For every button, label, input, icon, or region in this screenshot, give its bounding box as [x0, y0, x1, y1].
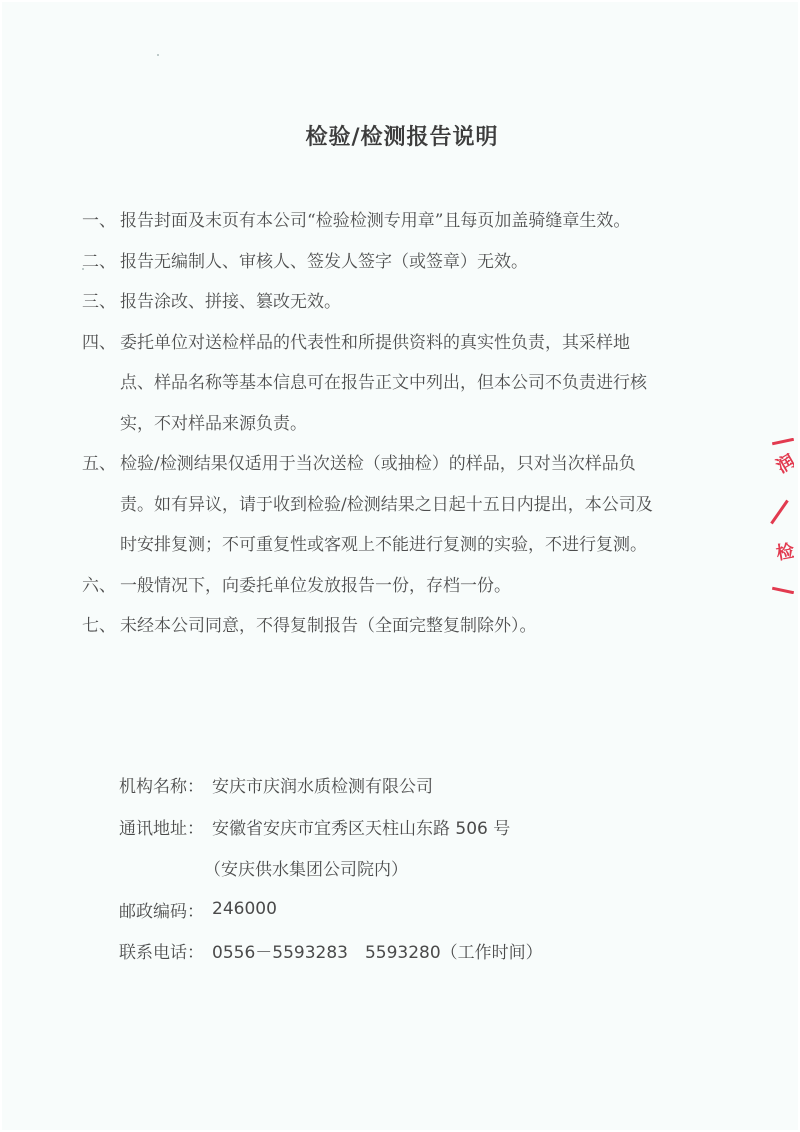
clause-number: 一、 — [82, 201, 120, 242]
clause-4: 四、 委托单位对送检样品的代表性和所提供资料的真实性负责，其采样地 点、样品名称… — [82, 323, 722, 445]
clause-line: 报告涂改、拼接、篡改无效。 — [120, 282, 722, 323]
clause-text: 未经本公司同意，不得复制报告（全面完整复制除外）。 — [120, 606, 722, 647]
stamp-char: 检 — [774, 537, 794, 566]
clause-number: 四、 — [82, 323, 120, 445]
org-name-label: 机构名称： — [119, 772, 212, 797]
clause-number: 二、 — [82, 242, 120, 283]
clause-text: 报告涂改、拼接、篡改无效。 — [120, 282, 722, 323]
org-name-row: 机构名称： 安庆市庆润水质检测有限公司 — [119, 764, 543, 806]
contact-block: 机构名称： 安庆市庆润水质检测有限公司 通讯地址： 安徽省安庆市宜秀区天柱山东路… — [119, 764, 543, 972]
stamp-border-top — [772, 438, 794, 445]
clause-line: 点、样品名称等基本信息可在报告正文中列出，但本公司不负责进行核 — [120, 363, 722, 404]
clause-text: 报告无编制人、审核人、签发人签字（或签章）无效。 — [120, 242, 722, 283]
seam-stamp: 润 检 — [768, 438, 794, 594]
clause-line: 报告封面及末页有本公司“检验检测专用章”且每页加盖骑缝章生效。 — [120, 201, 722, 242]
stamp-char: 润 — [771, 447, 794, 479]
scan-speck — [82, 268, 84, 270]
clause-5: 五、 检验/检测结果仅适用于当次送检（或抽检）的样品，只对当次样品负 责。如有异… — [82, 444, 722, 566]
postal-label: 邮政编码： — [119, 897, 212, 922]
clause-number: 三、 — [82, 282, 120, 323]
clause-line: 委托单位对送检样品的代表性和所提供资料的真实性负责，其采样地 — [120, 323, 722, 364]
clause-text: 一般情况下，向委托单位发放报告一份，存档一份。 — [120, 566, 722, 607]
clause-number: 五、 — [82, 444, 120, 566]
clause-3: 三、 报告涂改、拼接、篡改无效。 — [82, 282, 722, 323]
clause-line: 责。如有异议，请于收到检验/检测结果之日起十五日内提出，本公司及 — [120, 485, 722, 526]
clause-text: 报告封面及末页有本公司“检验检测专用章”且每页加盖骑缝章生效。 — [120, 201, 722, 242]
clause-line: 实，不对样品来源负责。 — [120, 404, 722, 445]
clause-list: 一、 报告封面及末页有本公司“检验检测专用章”且每页加盖骑缝章生效。 二、 报告… — [82, 201, 722, 647]
scan-speck — [157, 54, 159, 56]
address-label: 通讯地址： — [119, 814, 212, 839]
clause-text: 委托单位对送检样品的代表性和所提供资料的真实性负责，其采样地 点、样品名称等基本… — [120, 323, 722, 445]
phone-value: 0556－5593283 5593280（工作时间） — [212, 938, 543, 963]
clause-1: 一、 报告封面及末页有本公司“检验检测专用章”且每页加盖骑缝章生效。 — [82, 201, 722, 242]
org-name-value: 安庆市庆润水质检测有限公司 — [212, 772, 433, 797]
clause-number: 七、 — [82, 606, 120, 647]
clause-line: 报告无编制人、审核人、签发人签字（或签章）无效。 — [120, 242, 722, 283]
clause-line: 一般情况下，向委托单位发放报告一份，存档一份。 — [120, 566, 722, 607]
address-note-row: （安庆供水集团公司院内） — [119, 847, 543, 889]
clause-2: 二、 报告无编制人、审核人、签发人签字（或签章）无效。 — [82, 242, 722, 283]
stamp-border-bottom — [772, 587, 794, 594]
postal-row: 邮政编码： 246000 — [119, 889, 543, 931]
clause-line: 检验/检测结果仅适用于当次送检（或抽检）的样品，只对当次样品负 — [120, 444, 722, 485]
phone-label: 联系电话： — [119, 938, 212, 963]
page-title: 检验/检测报告说明 — [2, 120, 800, 151]
clause-text: 检验/检测结果仅适用于当次送检（或抽检）的样品，只对当次样品负 责。如有异议，请… — [120, 444, 722, 566]
phone-row: 联系电话： 0556－5593283 5593280（工作时间） — [119, 930, 543, 972]
clause-number: 六、 — [82, 566, 120, 607]
document-page: 检验/检测报告说明 一、 报告封面及末页有本公司“检验检测专用章”且每页加盖骑缝… — [2, 2, 798, 1130]
stamp-mark — [770, 500, 789, 525]
clause-line: 时安排复测；不可重复性或客观上不能进行复测的实验，不进行复测。 — [120, 525, 722, 566]
clause-7: 七、 未经本公司同意，不得复制报告（全面完整复制除外）。 — [82, 606, 722, 647]
clause-6: 六、 一般情况下，向委托单位发放报告一份，存档一份。 — [82, 566, 722, 607]
postal-value: 246000 — [212, 899, 277, 919]
address-value: 安徽省安庆市宜秀区天柱山东路 506 号 — [212, 814, 510, 839]
clause-line: 未经本公司同意，不得复制报告（全面完整复制除外）。 — [120, 606, 722, 647]
address-row: 通讯地址： 安徽省安庆市宜秀区天柱山东路 506 号 — [119, 806, 543, 848]
address-note: （安庆供水集团公司院内） — [204, 855, 408, 880]
